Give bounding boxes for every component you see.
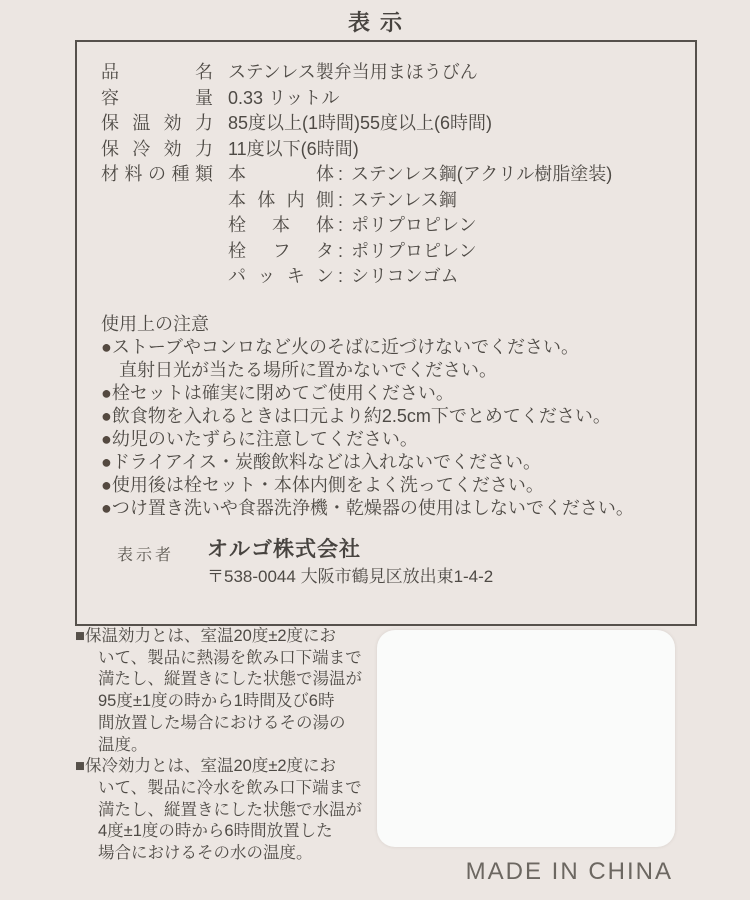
footnote-cold: ■保冷効力とは、室温20度±2度にお いて、製品に冷水を飲み口下端まで 満たし、… (75, 756, 397, 865)
material-row-stopper-body: 栓本体:ポリプロピレン (228, 213, 695, 239)
material-part: 栓本体 (228, 213, 334, 239)
material-value: ポリプロピレン (351, 213, 477, 239)
material-row-stopper-lid: 栓フタ:ポリプロピレン (228, 239, 695, 265)
spec-label: 容量 (101, 86, 213, 112)
footnotes-section: ■保温効力とは、室温20度±2度にお いて、製品に熱湯を飲み口下端まで 満たし、… (75, 626, 397, 865)
caution-item: ●ドライアイス・炭酸飲料などは入れないでください。 (101, 451, 695, 474)
material-part: パッキン (228, 264, 334, 290)
caution-text: 幼児のいたずらに注意してください。 (112, 429, 418, 449)
caution-text: 使用後は栓セット・本体内側をよく洗ってください。 (112, 475, 544, 495)
spec-label: 品名 (101, 60, 213, 86)
publisher-address: 〒538-0044 大阪市鶴見区放出東1-4-2 (207, 565, 493, 589)
bullet-icon: ● (101, 498, 112, 518)
caution-text: 飲食物を入れるときは口元より約2.5cm下でとめてください。 (112, 406, 611, 426)
blank-sticker (377, 630, 675, 847)
material-part: 本体 (228, 162, 334, 188)
material-value: シリコンゴム (351, 264, 459, 290)
colon-separator: : (338, 239, 343, 265)
caution-item: ●ストーブやコンロなど火のそばに近づけないでください。 直射日光が当たる場所に置… (101, 336, 695, 382)
material-part: 本体内側 (228, 188, 334, 214)
spec-value: 0.33 リットル (228, 86, 695, 112)
spec-row-cold-retention: 保冷効力 11度以下(6時間) (101, 137, 695, 163)
spec-row-product-name: 品名 ステンレス製弁当用まほうびん (101, 60, 695, 86)
spec-label: 保温効力 (101, 111, 213, 137)
material-part: 栓フタ (228, 239, 334, 265)
footnote-text: 保冷効力とは、室温20度±2度にお いて、製品に冷水を飲み口下端まで 満たし、縦… (85, 757, 362, 862)
spec-row-heat-retention: 保温効力 85度以上(1時間)55度以上(6時間) (101, 111, 695, 137)
caution-item: ●つけ置き洗いや食器洗浄機・乾燥器の使用はしないでください。 (101, 497, 695, 520)
spec-value: 85度以上(1時間)55度以上(6時間) (228, 111, 695, 137)
bullet-icon: ● (101, 452, 112, 472)
square-marker-icon: ■ (75, 627, 85, 645)
colon-separator: : (338, 264, 343, 290)
bullet-icon: ● (101, 475, 112, 495)
publisher-section: 表示者 オルゴ株式会社 〒538-0044 大阪市鶴見区放出東1-4-2 (117, 537, 695, 589)
square-marker-icon: ■ (75, 757, 85, 775)
material-value: ポリプロピレン (351, 239, 477, 265)
spec-box: 品名 ステンレス製弁当用まほうびん 容量 0.33 リットル 保温効力 85度以… (75, 40, 697, 626)
caution-text: 栓セットは確実に閉めてご使用ください。 (112, 383, 454, 403)
made-in-china-label: MADE IN CHINA (466, 858, 673, 886)
material-value: ステンレス鋼 (351, 188, 457, 214)
spec-table: 品名 ステンレス製弁当用まほうびん 容量 0.33 リットル 保温効力 85度以… (101, 60, 695, 290)
caution-item: ●栓セットは確実に閉めてご使用ください。 (101, 382, 695, 405)
colon-separator: : (338, 162, 343, 188)
spec-row-capacity: 容量 0.33 リットル (101, 86, 695, 112)
bullet-icon: ● (101, 383, 112, 403)
materials-subtable: 本体:ステンレス鋼(アクリル樹脂塗装) 本体内側:ステンレス鋼 栓本体:ポリプロ… (228, 162, 695, 290)
footnote-text: 保温効力とは、室温20度±2度にお いて、製品に熱湯を飲み口下端まで 満たし、縦… (85, 627, 362, 754)
bullet-icon: ● (101, 406, 112, 426)
material-row-gasket: パッキン:シリコンゴム (228, 264, 695, 290)
spec-value: 11度以下(6時間) (228, 137, 695, 163)
colon-separator: : (338, 188, 343, 214)
footnote-heat: ■保温効力とは、室温20度±2度にお いて、製品に熱湯を飲み口下端まで 満たし、… (75, 626, 397, 756)
spec-label: 材料の種類 (101, 162, 213, 188)
page-title: 表示 (0, 6, 750, 37)
cautions-heading: 使用上の注意 (101, 313, 695, 336)
material-row-body: 本体:ステンレス鋼(アクリル樹脂塗装) (228, 162, 695, 188)
spec-row-materials: 材料の種類 本体:ステンレス鋼(アクリル樹脂塗装) 本体内側:ステンレス鋼 栓本… (101, 162, 695, 290)
publisher-info: オルゴ株式会社 〒538-0044 大阪市鶴見区放出東1-4-2 (207, 537, 493, 589)
material-value: ステンレス鋼(アクリル樹脂塗装) (351, 162, 612, 188)
colon-separator: : (338, 213, 343, 239)
caution-text: ストーブやコンロなど火のそばに近づけないでください。 直射日光が当たる場所に置か… (112, 337, 579, 380)
publisher-label: 表示者 (117, 537, 175, 589)
bullet-icon: ● (101, 429, 112, 449)
caution-item: ●飲食物を入れるときは口元より約2.5cm下でとめてください。 (101, 405, 695, 428)
caution-text: ドライアイス・炭酸飲料などは入れないでください。 (112, 452, 541, 472)
publisher-name: オルゴ株式会社 (207, 537, 493, 563)
caution-item: ●幼児のいたずらに注意してください。 (101, 428, 695, 451)
bullet-icon: ● (101, 337, 112, 357)
material-row-body-inner: 本体内側:ステンレス鋼 (228, 188, 695, 214)
spec-value: ステンレス製弁当用まほうびん (228, 60, 695, 86)
spec-label: 保冷効力 (101, 137, 213, 163)
caution-item: ●使用後は栓セット・本体内側をよく洗ってください。 (101, 474, 695, 497)
cautions-section: 使用上の注意 ●ストーブやコンロなど火のそばに近づけないでください。 直射日光が… (101, 313, 695, 520)
caution-text: つけ置き洗いや食器洗浄機・乾燥器の使用はしないでください。 (112, 498, 634, 518)
